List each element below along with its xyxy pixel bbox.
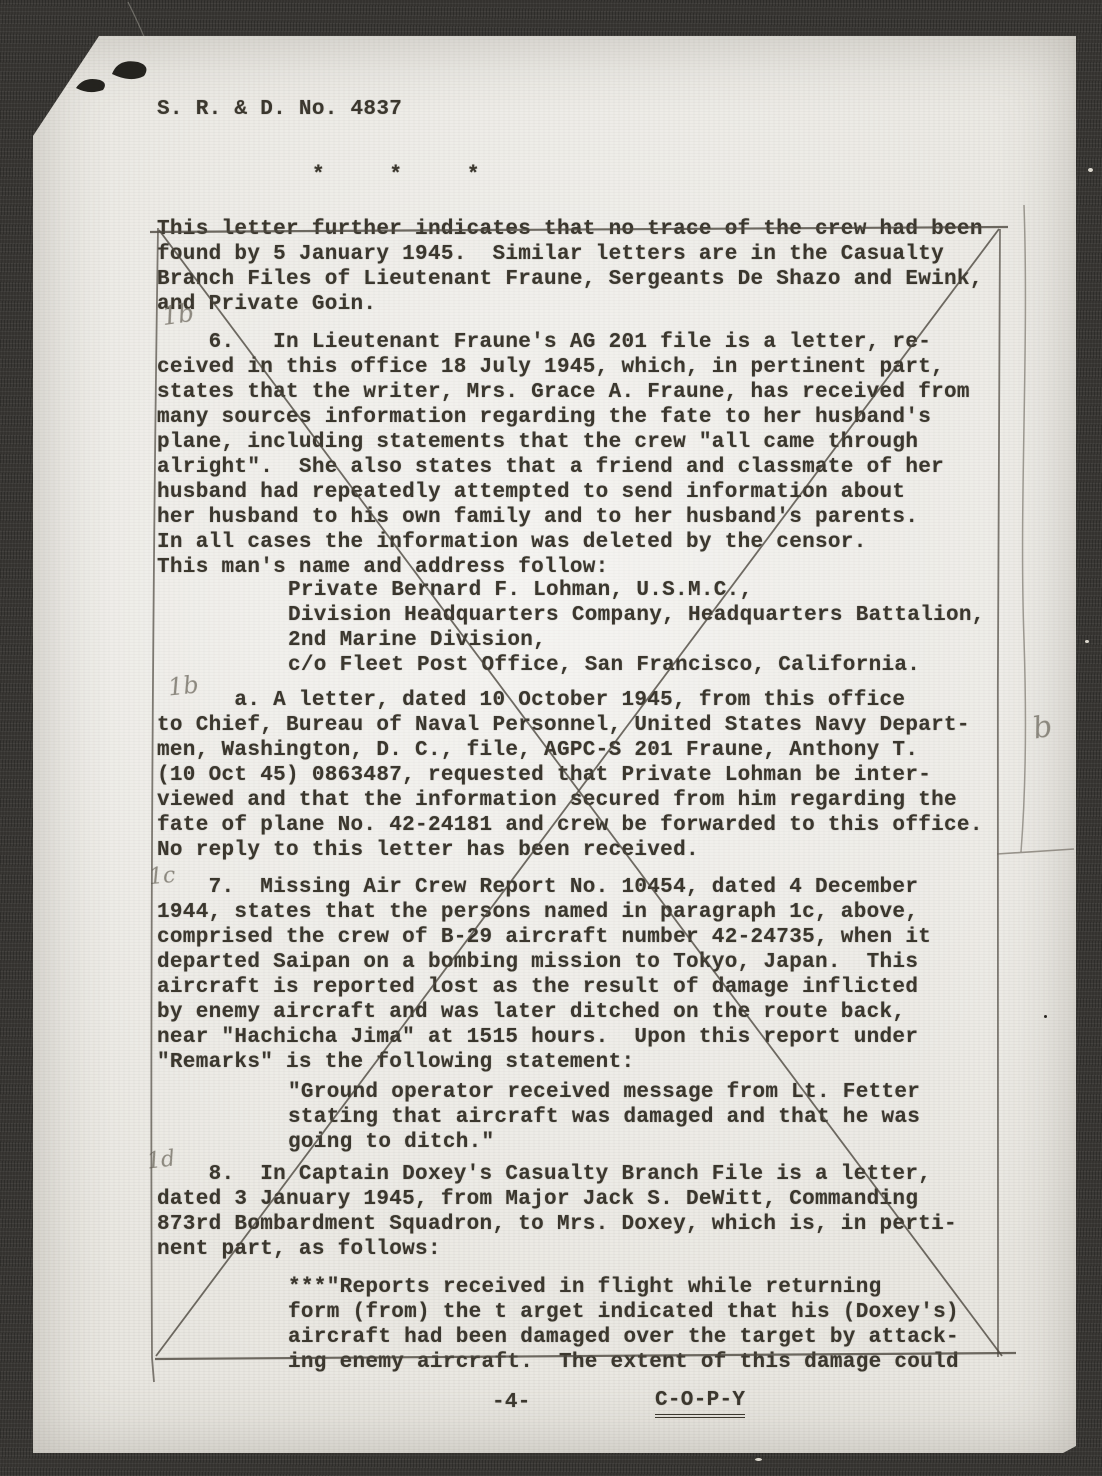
dust-speck: [1044, 1015, 1047, 1018]
paragraph-6: 6. In Lieutenant Fraune's AG 201 file is…: [157, 330, 970, 580]
paragraph-6a: a. A letter, dated 10 October 1945, from…: [157, 688, 983, 863]
asterisk-separator: * * *: [312, 163, 480, 188]
dewitt-quote: ***"Reports received in flight while ret…: [288, 1275, 959, 1350]
address-block: Private Bernard F. Lohman, U.S.M.C., Div…: [288, 578, 985, 678]
copy-stamp: C-O-P-Y: [655, 1388, 745, 1418]
dust-speck: [1088, 168, 1093, 172]
margin-note-1d: 1d: [146, 1146, 177, 1174]
paragraph-8: 8. In Captain Doxey's Casualty Branch Fi…: [157, 1162, 957, 1262]
margin-note-1c: 1c: [148, 863, 176, 890]
remarks-quote: "Ground operator received message from L…: [288, 1080, 920, 1155]
dust-speck: [755, 1458, 762, 1461]
paragraph-7: 7. Missing Air Crew Report No. 10454, da…: [157, 875, 931, 1075]
dust-speck: [1085, 640, 1089, 643]
scanned-document-page: S. R. & D. No. 4837 * * * This letter fu…: [0, 0, 1102, 1476]
margin-note-1b-2: 1b: [167, 670, 200, 701]
dewitt-quote-struck-line: ing enemy aircraft. The extent of this d…: [288, 1350, 959, 1375]
reference-number: S. R. & D. No. 4837: [157, 97, 402, 122]
paragraph-5-continuation: found by 5 January 1945. Similar letters…: [157, 242, 983, 317]
margin-note-1b: 1b: [160, 298, 196, 331]
page-number: -4-: [492, 1390, 531, 1415]
paragraph-5-struck-line: This letter further indicates that no tr…: [157, 217, 983, 242]
